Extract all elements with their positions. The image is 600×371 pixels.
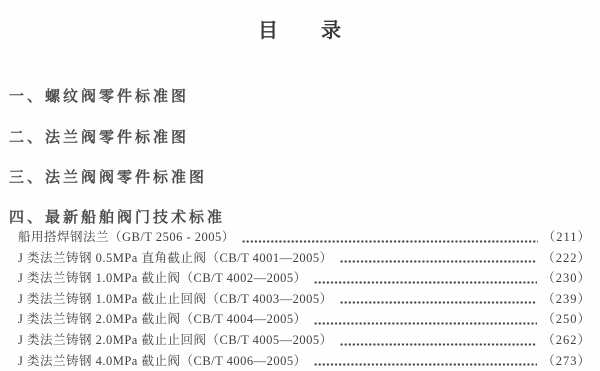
toc-page: 目 录 一、螺纹阀零件标准图 二、法兰阀零件标准图 三、法兰阀阀零件标准图 四、… [0,0,600,371]
entry-page-number: （262） [542,330,591,348]
section-heading-ship-valve-standards: 四、最新船舶阀门技术标准 [9,206,225,227]
dot-leader [314,280,538,285]
dot-leader [314,362,538,367]
entry-title: J 类法兰铸钢 0.5MPa 直角截止阀（CB/T 4001—2005） [18,248,333,266]
toc-entry: J 类法兰铸钢 4.0MPa 截止阀（CB/T 4006—2005） （273） [18,351,591,371]
toc-entry-list: 船用搭焊钢法兰（GB/T 2506 - 2005） （211） J 类法兰铸钢 … [18,227,591,371]
entry-title: 船用搭焊钢法兰（GB/T 2506 - 2005） [18,227,235,245]
toc-entry: J 类法兰铸钢 2.0MPa 截止阀（CB/T 4004—2005） （250） [18,309,591,330]
entry-page-number: （211） [543,227,591,245]
entry-page-number: （222） [542,248,591,266]
entry-page-number: （273） [542,351,591,369]
entry-page-number: （250） [542,309,591,327]
entry-title: J 类法兰铸钢 2.0MPa 截止阀（CB/T 4004—2005） [18,309,307,327]
toc-entry: J 类法兰铸钢 0.5MPa 直角截止阀（CB/T 4001—2005） （22… [18,248,591,269]
entry-page-number: （239） [542,289,591,307]
dot-leader [340,300,538,305]
page-title: 目 录 [0,14,600,43]
dot-leader [340,342,538,347]
toc-entry: J 类法兰铸钢 1.0MPa 截止阀（CB/T 4002—2005） （230） [18,268,591,289]
entry-title: J 类法兰铸钢 4.0MPa 截止阀（CB/T 4006—2005） [18,351,307,369]
section-heading-flange-valve-parts: 三、法兰阀阀零件标准图 [9,166,207,187]
dot-leader [242,239,538,244]
entry-title: J 类法兰铸钢 2.0MPa 截止止回阀（CB/T 4005—2005） [18,330,333,348]
toc-entry: J 类法兰铸钢 2.0MPa 截止止回阀（CB/T 4005—2005） （26… [18,330,591,351]
dot-leader [314,321,538,326]
entry-title: J 类法兰铸钢 1.0MPa 截止阀（CB/T 4002—2005） [18,268,307,286]
section-heading-threaded-valves: 一、螺纹阀零件标准图 [9,85,189,106]
section-heading-flange-valves: 二、法兰阀零件标准图 [9,126,189,147]
entry-page-number: （230） [542,268,591,286]
toc-entry: J 类法兰铸钢 1.0MPa 截止止回阀（CB/T 4003—2005） （23… [18,289,591,310]
toc-entry: 船用搭焊钢法兰（GB/T 2506 - 2005） （211） [18,227,591,248]
dot-leader [340,259,538,264]
entry-title: J 类法兰铸钢 1.0MPa 截止止回阀（CB/T 4003—2005） [18,289,333,307]
